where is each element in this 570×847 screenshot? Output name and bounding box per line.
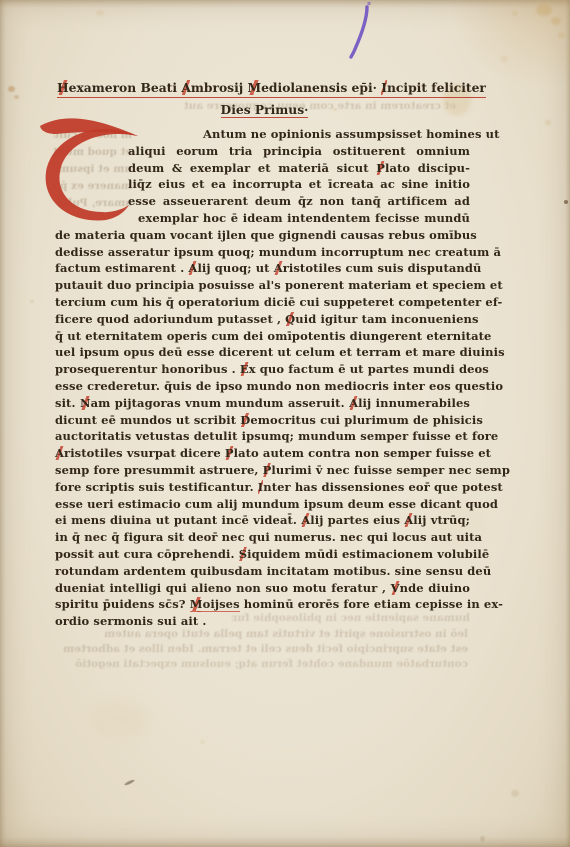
text-segment: lij quoq; ut	[197, 261, 273, 275]
text-line: in q̄ nec q̄ figura sit deor̄ nec qui nu…	[55, 529, 470, 546]
text-line: possit aut cura cōprehendi. Siquidem mūd…	[55, 546, 470, 563]
text-segment: in q̄ nec q̄ figura sit deor̄ nec qui nu…	[55, 530, 482, 544]
text-line: exemplar hoc ē ideam intendentem fecisse…	[55, 210, 470, 227]
text-segment: de materia quam vocant ijlen que gignend…	[55, 228, 477, 242]
text-segment: ei mens diuina ut putant incē videat̄.	[55, 513, 301, 527]
text-line: q̄ ut eternitatem operis cum dei omīpote…	[55, 328, 470, 345]
foxing-stain	[511, 790, 519, 797]
text-line: ficere quod adoriundum putasset , Quid i…	[55, 311, 470, 328]
foxing-stain	[124, 779, 135, 786]
foxing-stain	[480, 836, 485, 842]
text-segment: nde diuino	[400, 581, 470, 595]
text-segment: exemplar hoc ē ideam intendentem fecisse…	[138, 211, 470, 225]
text-segment: putauit duo principia posuisse al's pone…	[55, 278, 503, 292]
book-page: et creatorem in arte com eenu cognoscere…	[0, 0, 570, 847]
rubricated-letter: V	[391, 581, 400, 595]
page-heading: Hexameron Beati Ambrosij Mediolanensis e…	[57, 80, 472, 118]
text-segment: esse ueri estimacio cum alij mundum ipsu…	[55, 497, 498, 511]
text-segment: emocritus cui plurimum de phisicis	[250, 413, 483, 427]
text-segment: esse asseuerarent deum q̄z non tanq̄ art…	[128, 194, 470, 208]
text-line: factum estimarent . Alij quoq; ut Aristo…	[55, 260, 470, 277]
text-segment: esse crederetur. q̄uis de ipso mundo non…	[55, 379, 503, 393]
text-line: uel ipsum opus deū esse dicerent ut celu…	[55, 344, 470, 361]
text-line: ordio sermonis sui ait .	[55, 613, 470, 630]
page-edge-shading-bottom	[0, 837, 570, 847]
rubricated-letter: Q	[285, 312, 295, 326]
text-line: ei mens diuina ut putant incē videat̄. A…	[55, 512, 470, 529]
text-segment: uel ipsum opus deū esse dicerent ut celu…	[55, 345, 505, 359]
text-segment: lij innumerabiles	[358, 396, 470, 410]
text-segment: am pijtagoras vnum mundum asseruit.	[91, 396, 350, 410]
rubricated-letter: N	[80, 396, 91, 410]
text-line: dicunt eē mundos ut scribit Democritus c…	[55, 412, 470, 429]
text-segment: exameron Beati	[69, 80, 182, 95]
text-segment: ediolanensis ep̄i·	[261, 80, 381, 95]
text-line: rotundam ardentem quibusdam incitatam mo…	[55, 563, 470, 580]
text-segment: lato discipu-	[385, 161, 470, 175]
page-edge-shading-left	[0, 0, 6, 847]
text-line: sit. Nam pijtagoras vnum mundum asseruit…	[55, 395, 470, 412]
text-segment: sit.	[55, 396, 80, 410]
rubricated-letter: A	[274, 261, 283, 275]
text-segment: fore scriptis suis testificantur.	[55, 480, 258, 494]
text-line: auctoritatis vetustas detulit ipsumq; mu…	[55, 428, 470, 445]
text-segment: iquidem mūdi estimacionem volubilē	[247, 547, 489, 561]
foxing-stain	[200, 740, 205, 744]
foxing-stain	[545, 120, 551, 125]
text-segment: oijses	[203, 597, 240, 612]
text-line: deum & exemplar et materiā sicut Plato d…	[55, 160, 470, 177]
text-line: tercium cum his q̄ operatorium diciē cui…	[55, 294, 470, 311]
text-line: fore scriptis suis testificantur. Inter …	[55, 479, 470, 496]
corner-toning	[450, 0, 570, 90]
text-segment: Antum ne opinionis assumpsisset homines …	[203, 127, 500, 141]
text-segment: q̄ ut eternitatem operis cum dei omīpote…	[55, 329, 491, 343]
heading-line-2: Dies Primus·	[57, 99, 472, 119]
text-segment: lurimi v̄ nec fuisse semper nec semp	[271, 463, 510, 477]
rubricated-letter: A	[349, 396, 358, 410]
rubricated-letter: A	[55, 446, 64, 460]
foxing-stain	[8, 86, 15, 92]
text-line: esse crederetur. q̄uis de ipso mundo non…	[55, 378, 470, 395]
text-segment: lato autem contra non semper fuisse et	[234, 446, 491, 460]
text-line: semp fore presummit astruere, Plurimi v̄…	[55, 462, 470, 479]
bleed-through-line: conturbatōe mundane cohtet ferun atq; eu…	[60, 657, 468, 672]
text-line: aliqui eorum tria principia ostituerent …	[55, 143, 470, 160]
text-segment: nter has dissensiones eor̄ que potest	[263, 480, 503, 494]
rubricated-letter: H	[57, 80, 69, 95]
text-segment: lij vtrūq;	[413, 513, 470, 527]
text-segment: aliqui eorum tria principia ostituerent …	[128, 144, 470, 158]
text-segment: rotundam ardentem quibusdam incitatam mo…	[55, 564, 491, 578]
text-segment: possit aut cura cōprehendi.	[55, 547, 239, 561]
text-line: prosequerentur honoribus . Ex quo factum…	[55, 361, 470, 378]
dies-primus-label: Dies Primus·	[221, 102, 309, 119]
text-segment: dueniat intelligi qui alieno non suo mot…	[55, 581, 391, 595]
rubricated-letter: M	[247, 80, 261, 95]
text-line: spiritu p̄uidens sc̄s? Moijses hominū er…	[55, 596, 470, 613]
text-segment: dedisse asseratur ipsum quoq; mundum inc…	[55, 245, 501, 259]
text-segment: ordio sermonis sui ait .	[55, 614, 206, 628]
rubricated-letter: P	[225, 446, 234, 460]
text-line: de materia quam vocant ijlen que gignend…	[55, 227, 470, 244]
rubricated-letter: A	[181, 80, 191, 95]
text-segment: dicunt eē mundos ut scribit	[55, 413, 240, 427]
foxing-stain	[14, 95, 19, 99]
text-line: esse asseuerarent deum q̄z non tanq̄ art…	[55, 193, 470, 210]
text-segment: uid igitur tam inconueniens	[295, 312, 478, 326]
text-segment: prosequerentur honoribus .	[55, 362, 240, 376]
rubricated-letter: S	[239, 547, 247, 561]
foxing-stain	[96, 10, 104, 16]
rubricated-letter: D	[240, 413, 250, 427]
text-line: Aristotiles vsurpat dicere Plato autem c…	[55, 445, 470, 462]
text-segment: ristotiles cum suis disputandū	[283, 261, 482, 275]
text-line: liq̄z eius et ea incorrupta et īcreata a…	[55, 176, 470, 193]
text-segment: deum & exemplar et materiā sicut	[128, 161, 376, 175]
text-line: dedisse asseratur ipsum quoq; mundum inc…	[55, 244, 470, 261]
rubricated-letter: A	[404, 513, 413, 527]
page-edge-shading-right	[565, 0, 570, 847]
rubricated-letter: P	[376, 161, 385, 175]
text-line: putauit duo principia posuisse al's pone…	[55, 277, 470, 294]
text-segment: semp fore presummit astruere,	[55, 463, 263, 477]
handwritten-numeral-mark	[336, 0, 382, 62]
text-segment: ncipit feliciter	[387, 80, 486, 95]
bleed-through-line: est etate suprincipio fecit deus celi et…	[60, 642, 468, 657]
text-segment: factum estimarent .	[55, 261, 188, 275]
foxing-stain	[30, 300, 34, 303]
heading-line-1: Hexameron Beati Ambrosij Mediolanensis e…	[57, 80, 472, 98]
text-segment: mbrosij	[191, 80, 248, 95]
text-line: dueniat intelligi qui alieno non suo mot…	[55, 580, 470, 597]
rubricated-letter: M	[190, 597, 203, 612]
text-segment: spiritu p̄uidens sc̄s?	[55, 597, 190, 611]
text-segment: x quo factum ē ut partes mundi deos	[249, 362, 489, 376]
body-text-block: Antum ne opinionis assumpsisset homines …	[55, 126, 470, 630]
text-segment: tercium cum his q̄ operatorium diciē cui…	[55, 295, 502, 309]
text-segment: auctoritatis vetustas detulit ipsumq; mu…	[55, 429, 498, 443]
text-segment: liq̄z eius et ea incorrupta et īcreata a…	[128, 177, 470, 191]
text-segment: hominū erorēs fore etiam cepisse in ex-	[240, 597, 503, 611]
rubricated-letter: E	[240, 362, 249, 376]
foxing-stain	[564, 200, 568, 204]
text-line: esse ueri estimacio cum alij mundum ipsu…	[55, 496, 470, 513]
text-segment: ficere quod adoriundum putasset ,	[55, 312, 285, 326]
text-segment: ristotiles vsurpat dicere	[64, 446, 225, 460]
heading-text: Hexameron Beati Ambrosij Mediolanensis e…	[57, 80, 486, 98]
text-segment: lij partes eius	[310, 513, 404, 527]
foxing-stain	[90, 700, 150, 740]
rubricated-letter: A	[301, 513, 310, 527]
text-line: Antum ne opinionis assumpsisset homines …	[55, 126, 470, 143]
